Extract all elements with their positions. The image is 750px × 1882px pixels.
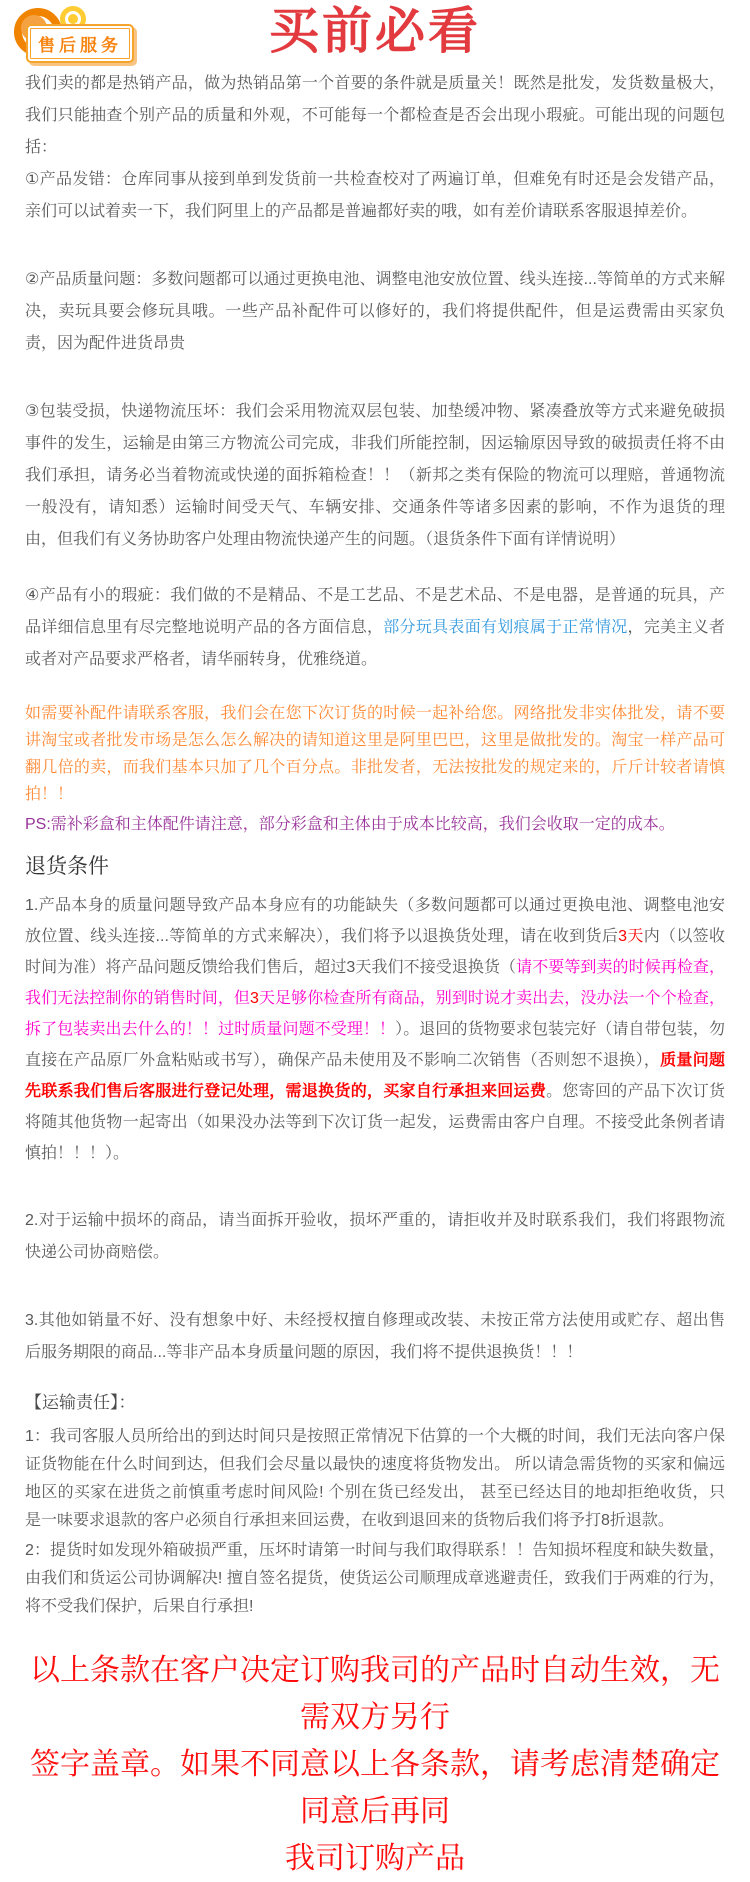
returns-heading: 退货条件: [25, 850, 725, 884]
wholesale-notice: 如需要补配件请联系客服，我们会在您下次订货的时候一起补给您。网络批发非实体批发，…: [25, 700, 725, 808]
ps-note: PS:需补彩盒和主体配件请注意，部分彩盒和主体由于成本比较高，我们会收取一定的成…: [25, 812, 725, 838]
return-rule-1: 1.产品本身的质量问题导致产品本身应有的功能缺失（多数问题都可以通过更换电池、调…: [25, 890, 725, 1169]
return-rule-2: 2.对于运输中损坏的商品，请当面拆开验收，损坏严重的，请拒收并及时联系我们，我们…: [25, 1205, 725, 1269]
issue-2-quality: ②产品质量问题：多数问题都可以通过更换电池、调整电池安放位置、线头连接...等简…: [25, 264, 725, 360]
return-rule-3: 3.其他如销量不好、没有想象中好、未经授权擅自修理或改装、未按正常方法使用或贮存…: [25, 1305, 725, 1369]
terms-line-3: 我司订购产品: [20, 1835, 730, 1882]
badge-label: 售后服务: [38, 36, 122, 55]
after-sales-badge: 售后服务: [8, 2, 158, 64]
shipping-clause-1: 1：我司客服人员所给出的到达时间只是按照正常情况下估算的一个大概的时间，我们无法…: [25, 1423, 725, 1535]
terms-effective-notice: 以上条款在客户决定订购我司的产品时自动生效，无需双方另行 签字盖章。如果不同意以…: [0, 1647, 750, 1882]
terms-line-2: 签字盖章。如果不同意以上各条款，请考虑清楚确定同意后再同: [20, 1741, 730, 1835]
issue-3-packaging-damage: ③包装受损，快递物流压坏：我们会采用物流双层包装、加垫缓冲物、紧凑叠放等方式来避…: [25, 396, 725, 556]
page-header: 售后服务 买前必看: [0, 0, 750, 64]
issue-4-minor-flaws: ④产品有小的瑕疵：我们做的不是精品、不是工艺品、不是艺术品、不是电器，是普通的玩…: [25, 580, 725, 676]
terms-line-1: 以上条款在客户决定订购我司的产品时自动生效，无需双方另行: [20, 1647, 730, 1741]
content-body: 我们卖的都是热销产品，做为热销品第一个首要的条件就是质量关！既然是批发，发货数量…: [0, 64, 750, 1621]
issue-1-wrong-product: ①产品发错：仓库同事从接到单到发货前一共检查校对了两遍订单，但难免有时还是会发错…: [25, 164, 725, 228]
page: 售后服务 买前必看 我们卖的都是热销产品，做为热销品第一个首要的条件就是质量关！…: [0, 0, 750, 1882]
shipping-heading: 【运输责任】：: [25, 1387, 725, 1419]
intro-paragraph: 我们卖的都是热销产品，做为热销品第一个首要的条件就是质量关！既然是批发，发货数量…: [25, 68, 725, 164]
shipping-clause-2: 2：提货时如发现外箱破损严重，压坏时请第一时间与我们取得联系！！告知损坏程度和缺…: [25, 1537, 725, 1621]
yellow-dot-icon: [68, 14, 78, 24]
badge-box: 售后服务: [26, 24, 134, 63]
